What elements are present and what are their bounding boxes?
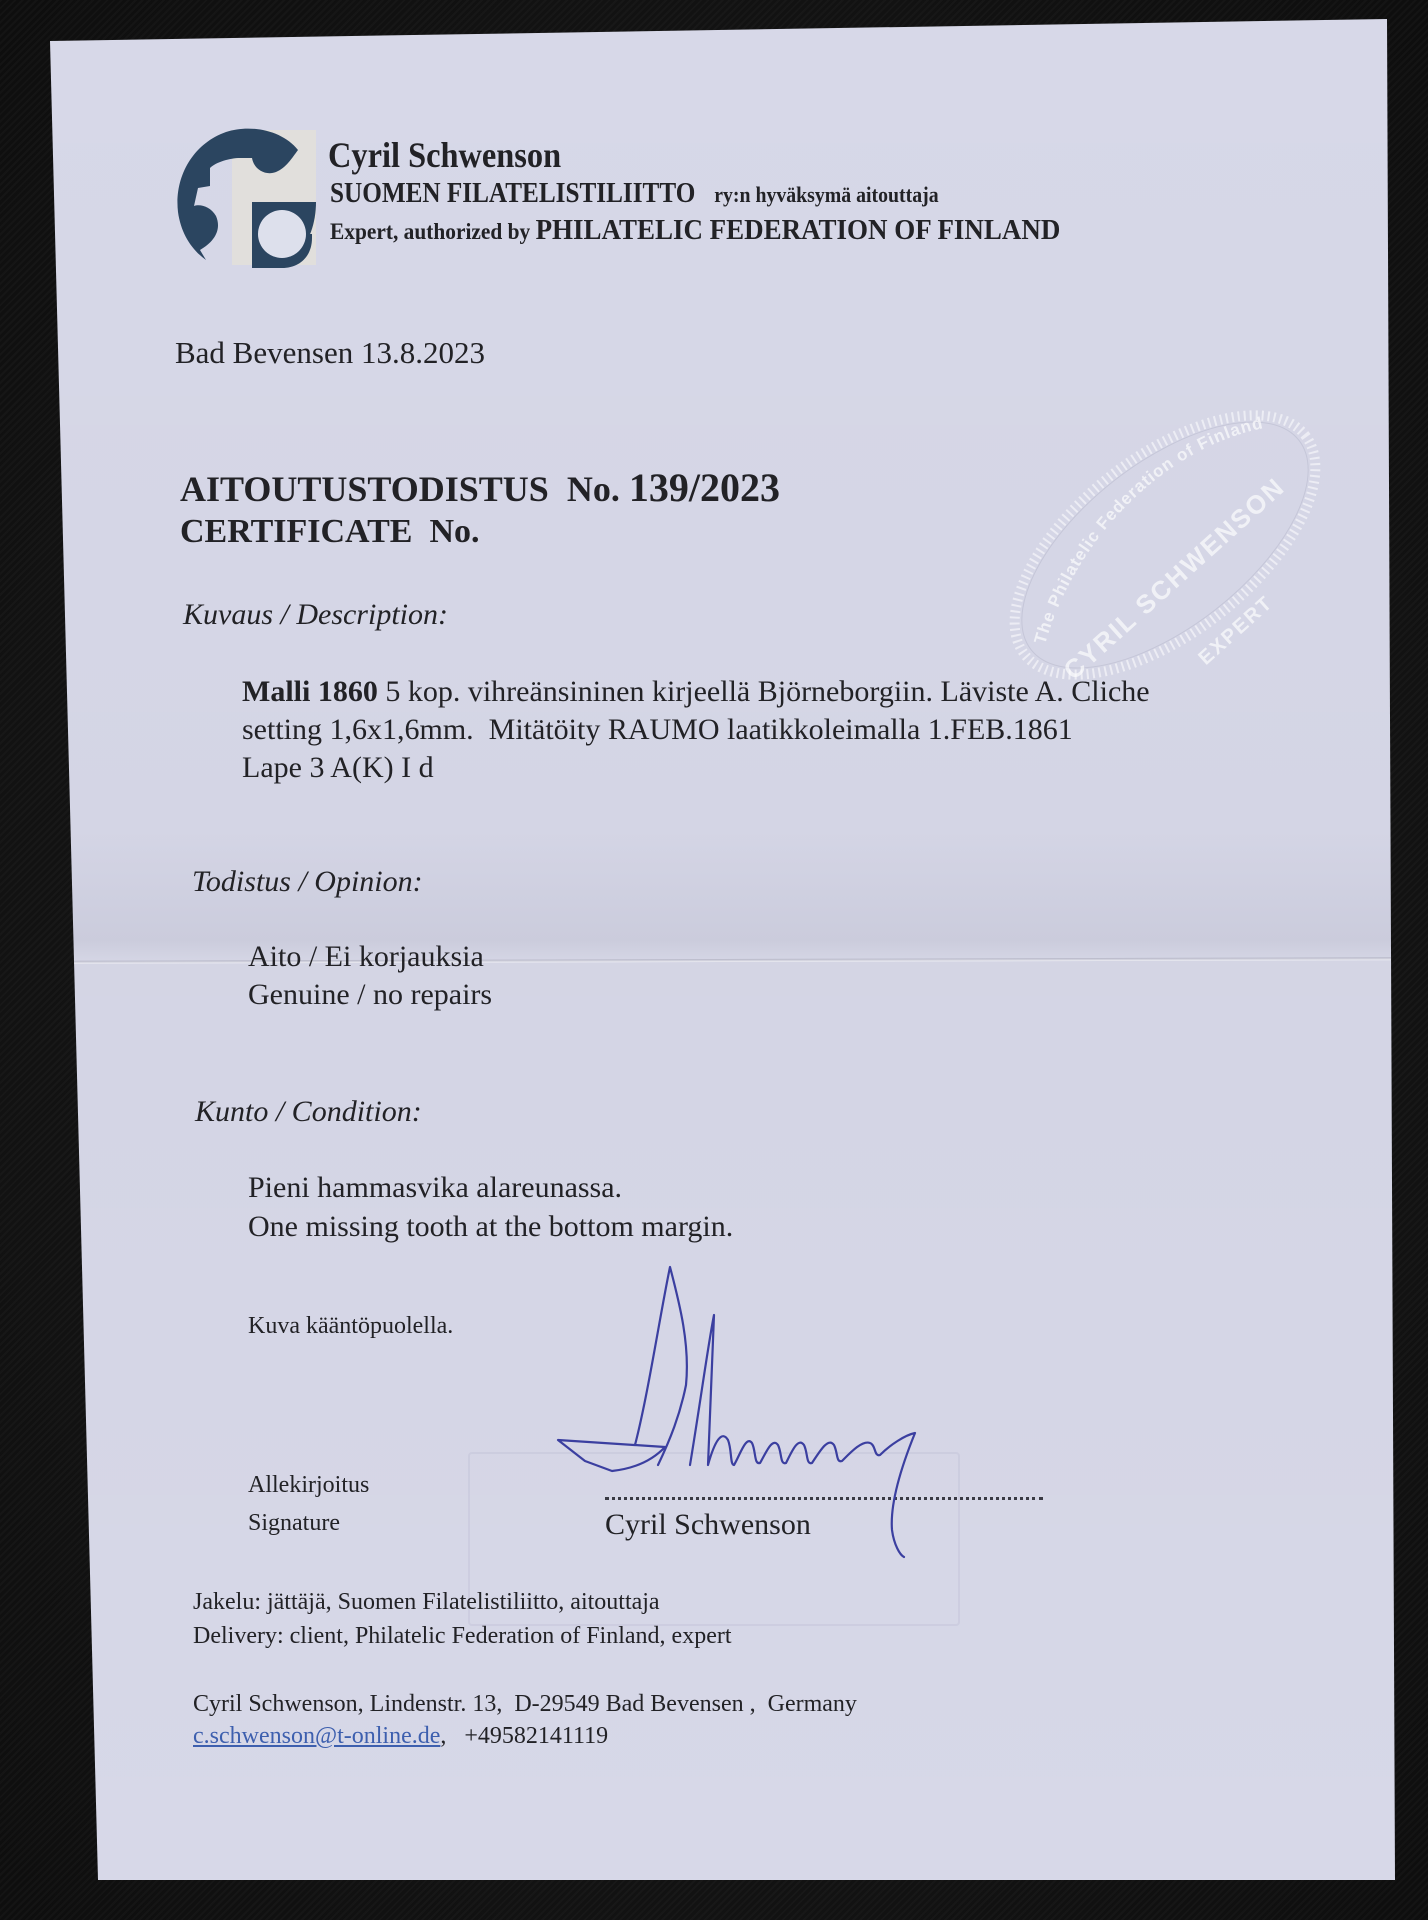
description-line-2: setting 1,6x1,6mm. Mitätöity RAUMO laati… bbox=[242, 715, 1073, 745]
delivery-line-en: Delivery: client, Philatelic Federation … bbox=[193, 1624, 732, 1648]
expert-name-heading: Cyril Schwenson bbox=[328, 137, 561, 173]
authorization-line: Expert, authorized by PHILATELIC FEDERAT… bbox=[330, 216, 1060, 245]
signature-label-en: Signature bbox=[248, 1511, 340, 1535]
handwritten-signature-icon bbox=[540, 1255, 1020, 1575]
federation-line: SUOMEN FILATELISTILIITTO ry:n hyväksymä … bbox=[330, 180, 939, 208]
authorization-body: PHILATELIC FEDERATION OF FINLAND bbox=[536, 214, 1061, 246]
contact-phone: +49582141119 bbox=[464, 1723, 608, 1749]
contact-line: c.schwenson@t-online.de, +49582141119 bbox=[193, 1724, 608, 1748]
delivery-line-fi: Jakelu: jättäjä, Suomen Filatelistiliitt… bbox=[193, 1590, 660, 1614]
certificate-title-en: CERTIFICATE No. bbox=[180, 515, 480, 549]
description-line-1-text: 5 kop. vihreänsininen kirjeellä Björnebo… bbox=[378, 675, 1150, 708]
federation-name: SUOMEN FILATELISTILIITTO bbox=[330, 178, 695, 209]
certificate-paper: Cyril Schwenson SUOMEN FILATELISTILIITTO… bbox=[0, 0, 1428, 1920]
description-label: Kuvaus / Description: bbox=[183, 600, 448, 630]
description-line-3: Lape 3 A(K) I d bbox=[242, 753, 434, 783]
condition-line-1: Pieni hammasvika alareunassa. bbox=[248, 1173, 622, 1203]
certificate-no-label: No. bbox=[567, 469, 620, 509]
opinion-line-2: Genuine / no repairs bbox=[248, 980, 492, 1010]
embossed-seal-icon: The Philatelic Federation of Finland CYR… bbox=[985, 385, 1345, 705]
description-lead: Malli 1860 bbox=[242, 675, 378, 708]
signature-label-fi: Allekirjoitus bbox=[248, 1473, 369, 1497]
opinion-label: Todistus / Opinion: bbox=[192, 867, 423, 897]
opinion-line-1: Aito / Ei korjauksia bbox=[248, 942, 484, 972]
certificate-title: AITOUTUSTODISTUS No. 139/2023 bbox=[180, 468, 780, 508]
certificate-title-fi: AITOUTUSTODISTUS bbox=[180, 469, 549, 509]
cs-monogram-logo-icon bbox=[170, 122, 325, 270]
condition-line-2: One missing tooth at the bottom margin. bbox=[248, 1212, 733, 1242]
contact-separator: , bbox=[440, 1723, 446, 1749]
seal-role: EXPERT bbox=[1194, 592, 1277, 670]
description-line-1: Malli 1860 5 kop. vihreänsininen kirjeel… bbox=[242, 677, 1150, 707]
image-on-reverse-note: Kuva kääntöpuolella. bbox=[248, 1314, 453, 1338]
authorization-prefix: Expert, authorized by bbox=[330, 219, 530, 244]
certificate-number: 139/2023 bbox=[629, 465, 780, 510]
federation-approval: ry:n hyväksymä aitouttaja bbox=[714, 182, 938, 207]
place-date: Bad Bevensen 13.8.2023 bbox=[175, 337, 485, 368]
contact-email-link[interactable]: c.schwenson@t-online.de bbox=[193, 1723, 440, 1749]
contact-address: Cyril Schwenson, Lindenstr. 13, D-29549 … bbox=[193, 1692, 857, 1716]
condition-label: Kunto / Condition: bbox=[195, 1097, 422, 1127]
